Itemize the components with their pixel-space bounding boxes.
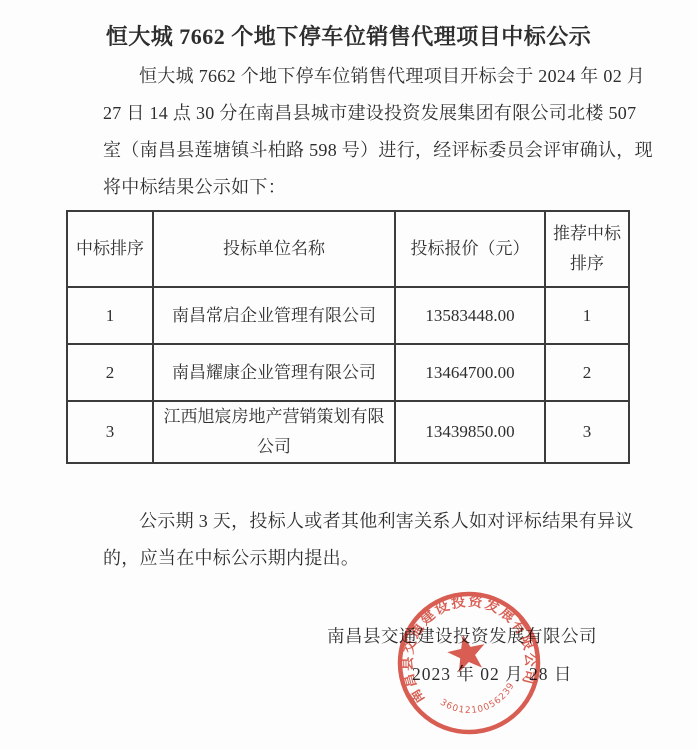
table-row: 1 南昌常启企业管理有限公司 13583448.00 1 (67, 287, 629, 344)
header-bidder-name: 投标单位名称 (153, 211, 395, 287)
intro-line-1: 恒大城 7662 个地下停车位销售代理项目开标会于 2024 年 02 月 (103, 56, 608, 93)
seal-star-icon (444, 631, 489, 674)
intro-line-4: 将中标结果公示如下： (103, 167, 608, 204)
cell-bidder-name: 南昌耀康企业管理有限公司 (153, 344, 395, 401)
announcement-page: 恒大城 7662 个地下停车位销售代理项目中标公示 恒大城 7662 个地下停车… (0, 0, 697, 750)
cell-recommended-rank: 3 (545, 401, 629, 463)
cell-bidder-name: 南昌常启企业管理有限公司 (153, 287, 395, 344)
header-win-rank: 中标排序 (67, 211, 153, 287)
closing-paragraph: 公示期 3 天，投标人或者其他利害关系人如对评标结果有异议 的，应当在中标公示期… (103, 501, 623, 575)
closing-line-2: 的，应当在中标公示期内提出。 (103, 538, 623, 575)
cell-recommended-rank: 1 (545, 287, 629, 344)
cell-win-rank: 3 (67, 401, 153, 463)
cell-win-rank: 2 (67, 344, 153, 401)
cell-win-rank: 1 (67, 287, 153, 344)
cell-bid-price: 13439850.00 (395, 401, 545, 463)
cell-bid-price: 13464700.00 (395, 344, 545, 401)
cell-bidder-name: 江西旭宸房地产营销策划有限公司 (153, 401, 395, 463)
svg-text:3601210056239: 3601210056239 (436, 679, 521, 723)
seal-number-text: 3601210056239 (436, 679, 521, 723)
closing-line-1: 公示期 3 天，投标人或者其他利害关系人如对评标结果有异议 (103, 501, 623, 538)
table-header-row: 中标排序 投标单位名称 投标报价（元） 推荐中标排序 (67, 211, 629, 287)
intro-paragraph: 恒大城 7662 个地下停车位销售代理项目开标会于 2024 年 02 月 27… (103, 56, 608, 204)
cell-bid-price: 13583448.00 (395, 287, 545, 344)
bid-results-table: 中标排序 投标单位名称 投标报价（元） 推荐中标排序 1 南昌常启企业管理有限公… (66, 210, 630, 464)
page-title: 恒大城 7662 个地下停车位销售代理项目中标公示 (0, 20, 697, 51)
intro-line-3: 室（南昌县莲塘镇斗柏路 598 号）进行，经评标委员会评审确认，现 (103, 130, 608, 167)
table-row: 2 南昌耀康企业管理有限公司 13464700.00 2 (67, 344, 629, 401)
header-recommended-rank: 推荐中标排序 (545, 211, 629, 287)
header-bid-price: 投标报价（元） (395, 211, 545, 287)
intro-line-2: 27 日 14 点 30 分在南昌县城市建设投资发展集团有限公司北楼 507 (103, 93, 608, 130)
table-row: 3 江西旭宸房地产营销策划有限公司 13439850.00 3 (67, 401, 629, 463)
cell-recommended-rank: 2 (545, 344, 629, 401)
official-seal: 南昌县交通建设投资发展有限公司 3601210056239 (380, 574, 558, 750)
